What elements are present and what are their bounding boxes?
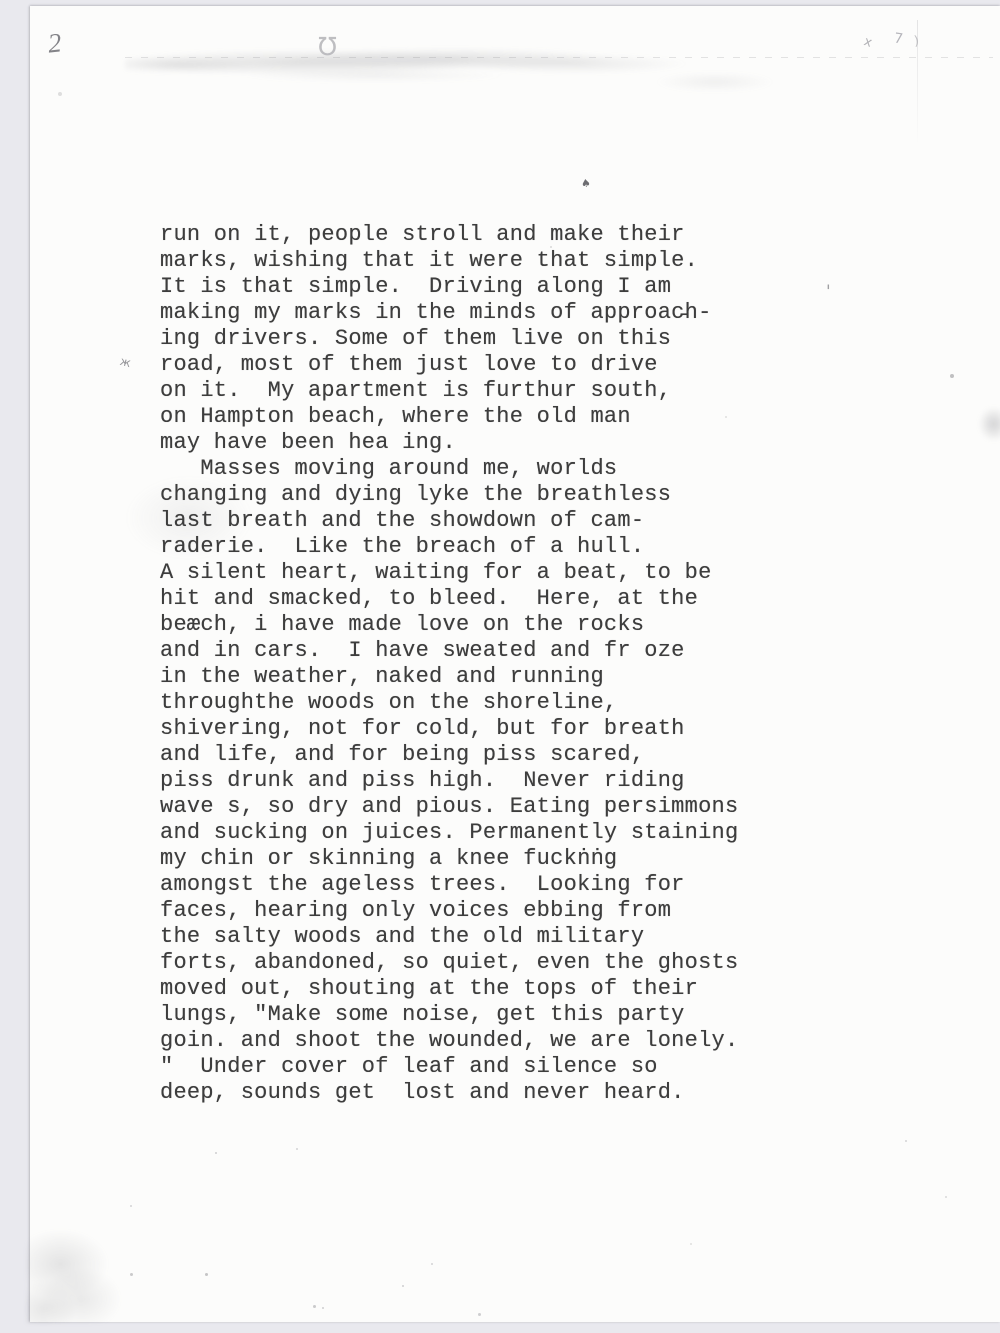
scan-speck [313, 1305, 316, 1308]
scan-speck [205, 1273, 208, 1276]
corner-tick-mark: x [862, 35, 873, 50]
scan-speck [58, 92, 62, 96]
scan-speck [130, 1273, 133, 1276]
corner-tick-mark: ) [913, 35, 919, 48]
corner-noise-patch [26, 1224, 141, 1324]
scan-speck [215, 1152, 217, 1154]
handwritten-squiggle-mark: ℧ [318, 34, 337, 59]
scan-speck [402, 1285, 404, 1287]
edge-smudge [965, 398, 1000, 450]
ink-blot-mark: ♠ [580, 177, 591, 189]
scan-speck [725, 416, 727, 418]
scan-speck [322, 1307, 324, 1309]
scan-speck [950, 374, 954, 378]
scan-speck [130, 1205, 132, 1207]
scan-speck [431, 1263, 433, 1265]
scan-speck [478, 1313, 481, 1316]
scan-speck [690, 1243, 692, 1245]
stray-apostrophe-mark: ' [826, 284, 831, 301]
scan-speck [905, 1140, 907, 1142]
screenshot-root: { "scan": { "page_number": "2", "handwri… [0, 0, 1000, 1333]
scanned-page: 2 ℧ x 7 ) ж ♠ ' run on it, people stroll… [30, 6, 1000, 1322]
scan-speck [945, 1196, 947, 1198]
handwritten-page-number: 2 [47, 29, 63, 57]
scanner-streak-line [125, 57, 993, 58]
scan-speck [550, 246, 552, 248]
scan-speck [296, 1148, 298, 1150]
corner-tick-mark: 7 [893, 31, 904, 46]
margin-scribble-mark: ж [119, 355, 132, 369]
photocopy-smudge-small [630, 66, 800, 98]
typewritten-body-text: run on it, people stroll and make their … [160, 222, 738, 1106]
